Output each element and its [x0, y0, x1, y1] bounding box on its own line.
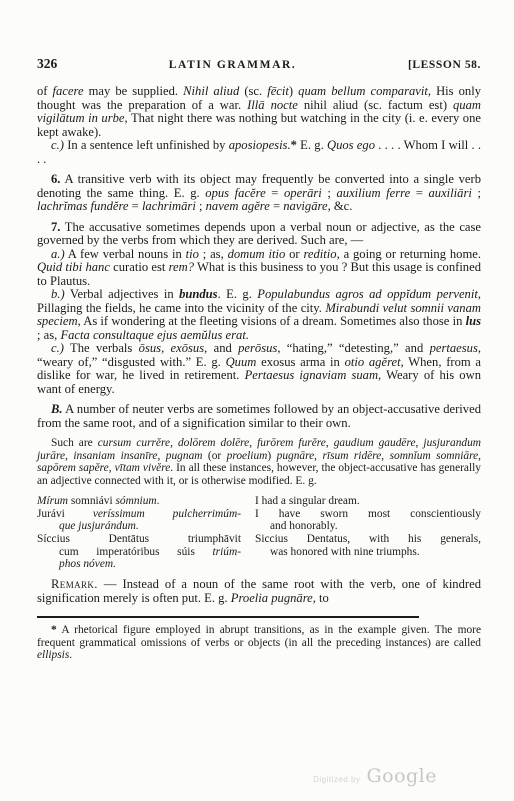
google-watermark: Digitized by Google — [313, 765, 437, 787]
text-segment: . E. g. — [218, 287, 258, 301]
text-segment: and honorably. — [270, 520, 338, 532]
text-segment: = — [129, 199, 142, 213]
example-latin-1: Mírum somniávi sómnium. — [37, 495, 241, 508]
text-segment: Illā nocte — [247, 98, 298, 112]
text-segment: Such are — [51, 437, 98, 449]
watermark-brand: Google — [366, 765, 437, 787]
text-segment: navigāre — [283, 199, 327, 213]
example-line: Siccius Dentatus, with his generals, — [255, 533, 481, 546]
example-english-2: I have sworn most conscientiouslyand hon… — [255, 508, 481, 533]
text-segment: exosus arma in — [256, 355, 344, 369]
text-segment: cum imperatóribus súis — [59, 546, 213, 558]
text-segment: rīsum ridēre — [322, 450, 381, 462]
paragraph-such-are: Such are cursum currĕre, dolōrem dolēre,… — [37, 437, 481, 488]
text-segment: B. — [51, 402, 63, 416]
text-segment: proelium — [227, 450, 268, 462]
paragraph-aposiopesis: c.) In a sentence left unfinished by apo… — [37, 139, 481, 166]
running-title: LATIN GRAMMAR. — [57, 59, 408, 71]
page-content: 326 LATIN GRAMMAR. [LESSON 58. of facere… — [37, 56, 481, 662]
text-segment: ; — [472, 186, 481, 200]
text-segment: Siccius Dentatus, with his generals, — [255, 533, 481, 545]
example-line: I had a singular dream. — [255, 495, 481, 508]
text-segment: In a sentence left unfinished by — [64, 138, 229, 152]
example-english-3: Siccius Dentatus, with his generals,was … — [255, 533, 481, 571]
text-segment: I have sworn most conscientiously — [255, 508, 481, 520]
text-segment: , — [170, 437, 178, 449]
text-segment: sómnium — [115, 495, 156, 507]
text-segment: Quos ego — [327, 138, 375, 152]
text-segment: Verbal adjectives in — [65, 287, 179, 301]
text-segment: of — [37, 84, 53, 98]
text-segment: , — [326, 437, 334, 449]
text-segment: , a going or returning home. — [337, 247, 481, 261]
example-english-1: I had a singular dream. — [255, 495, 481, 508]
text-segment: I had a singular dream. — [255, 495, 360, 507]
text-segment: insaniam insanīre — [73, 450, 157, 462]
text-segment: facere — [53, 84, 84, 98]
text-segment: pertaesus — [430, 341, 478, 355]
text-segment: somniávi — [68, 495, 115, 507]
text-segment: ; — [196, 199, 206, 213]
text-segment: was honored with nine triumphs. — [270, 546, 420, 558]
text-segment: Quum — [226, 355, 257, 369]
text-segment: aposiopesis. — [229, 138, 291, 152]
text-segment: veríssimum pulcherrimúm- — [93, 508, 241, 520]
text-segment: triúm- — [213, 546, 241, 558]
paragraph-7a-verbal-nouns: a.) A few verbal nouns in tio ; as, domu… — [37, 248, 481, 289]
paragraph-7c-verbals-osus: c.) The verbals ōsus, exōsus, and perōsu… — [37, 342, 481, 396]
watermark-prefix: Digitized by — [313, 775, 360, 784]
text-segment: lachrimāri — [142, 199, 196, 213]
text-segment: pugnam — [166, 450, 203, 462]
paragraph-rule-6: 6. A transitive verb with its object may… — [37, 173, 481, 214]
text-segment: Mírum — [37, 495, 68, 507]
text-segment: gaudium gaudēre — [334, 437, 416, 449]
text-segment: or — [285, 247, 303, 261]
text-segment: ; as, — [199, 247, 228, 261]
text-segment: cursum currĕre — [98, 437, 170, 449]
text-segment: Síccius Dentātus triumphāvit — [37, 533, 241, 545]
text-segment: Pertaesus ignaviam suam — [245, 368, 378, 382]
text-segment: vītam vivĕre — [115, 462, 171, 474]
text-segment: c.) — [51, 341, 64, 355]
text-segment: curatio est — [110, 260, 169, 274]
text-segment: fēcit — [267, 84, 289, 98]
text-segment: . — [69, 649, 72, 661]
paragraph-facere-supplied: of facere may be supplied. Nihil aliud (… — [37, 85, 481, 139]
text-segment: A number of neuter verbs are sometimes f… — [37, 402, 481, 430]
text-segment: ) — [267, 450, 276, 462]
text-segment: rem? — [169, 260, 194, 274]
example-line: Mírum somniávi sómnium. — [37, 495, 241, 508]
example-line: phos nóvem. — [37, 558, 241, 571]
text-segment: que jusjurándum. — [59, 520, 139, 532]
text-segment: Quid tibi hanc — [37, 260, 110, 274]
text-segment: c.) — [51, 138, 64, 152]
text-segment: Jurávi — [37, 508, 93, 520]
text-segment: ) — [289, 84, 298, 98]
text-segment: lus — [466, 314, 481, 328]
text-segment: sapōrem sapĕre — [37, 462, 109, 474]
text-segment: domum itio — [228, 247, 286, 261]
text-segment: ; — [322, 186, 337, 200]
text-segment: ; as, — [37, 328, 60, 342]
text-segment: dolōrem dolēre — [178, 437, 249, 449]
text-segment: , to — [313, 591, 329, 605]
example-latin-3: Síccius Dentātus triumphāvitcum imperató… — [37, 533, 241, 571]
text-segment: ellipsis — [37, 649, 69, 661]
text-segment: , — [478, 450, 481, 462]
example-line: Síccius Dentātus triumphāvit — [37, 533, 241, 546]
footnote-rule — [37, 616, 419, 618]
text-segment: , and — [204, 341, 238, 355]
text-segment: Facta consultaque ejus aemŭlus erat. — [60, 328, 249, 342]
text-segment: auxilium ferre — [337, 186, 411, 200]
text-segment: bundus — [179, 287, 218, 301]
text-segment: somnĭum somniāre — [390, 450, 479, 462]
text-segment: , “hating,” “detesting,” and — [277, 341, 429, 355]
text-segment: exōsus — [171, 341, 205, 355]
page-header: 326 LATIN GRAMMAR. [LESSON 58. — [37, 56, 481, 72]
example-line: was honored with nine triumphs. — [255, 546, 481, 559]
text-segment: pugnāre — [277, 450, 315, 462]
text-segment: may be supplied. — [84, 84, 184, 98]
text-segment: , As if wondering at the fleeting vision… — [78, 314, 466, 328]
text-segment: The verbals — [64, 341, 139, 355]
text-segment: , — [249, 437, 257, 449]
remark-paragraph: Remark. — Instead of a noun of the same … — [37, 578, 481, 605]
lesson-label: [LESSON 58. — [408, 59, 481, 71]
text-segment: , — [157, 450, 165, 462]
text-segment: , — [161, 341, 170, 355]
text-segment: (sc. — [239, 84, 267, 98]
example-line: Jurávi veríssimum pulcherrimúm- — [37, 508, 241, 521]
text-segment: phos nóvem. — [59, 558, 116, 570]
text-segment: E. g. — [297, 138, 327, 152]
text-segment: (or — [202, 450, 226, 462]
text-segment: . — [157, 495, 160, 507]
text-segment: nihil aliud (sc. factum est) — [298, 98, 453, 112]
text-segment: tio — [186, 247, 199, 261]
text-segment: navem agĕre — [206, 199, 270, 213]
text-segment: = — [410, 186, 428, 200]
text-segment: The accusative sometimes depends upon a … — [37, 220, 481, 248]
text-segment: = — [270, 199, 283, 213]
text-segment: lachrĭmas fundĕre — [37, 199, 129, 213]
text-segment: ōsus — [139, 341, 161, 355]
text-segment: furōrem furĕre — [257, 437, 326, 449]
paragraph-rule-B: B. A number of neuter verbs are sometime… — [37, 403, 481, 430]
text-segment: , &c. — [328, 199, 353, 213]
text-segment: b.) — [51, 287, 65, 301]
text-segment: operāri — [284, 186, 322, 200]
scanned-book-page: 326 LATIN GRAMMAR. [LESSON 58. of facere… — [0, 0, 514, 801]
text-segment: auxiliāri — [429, 186, 472, 200]
example-line: que jusjurándum. — [37, 520, 241, 533]
text-segment: quam bellum comparavit — [298, 84, 428, 98]
text-segment: Proelia pugnāre — [231, 591, 313, 605]
paragraph-7b-verbal-adjectives: b.) Verbal adjectives in bundus. E. g. P… — [37, 288, 481, 342]
text-segment: A few verbal nouns in — [65, 247, 186, 261]
text-segment: reditio — [303, 247, 336, 261]
examples-table: Mírum somniávi sómnium. I had a singular… — [37, 495, 481, 571]
page-number: 326 — [37, 56, 57, 72]
text-segment: A rhetorical figure employed in abrupt t… — [37, 624, 481, 649]
paragraph-rule-7: 7. The accusative sometimes depends upon… — [37, 221, 481, 248]
text-segment: , — [381, 450, 389, 462]
text-segment: = — [266, 186, 284, 200]
example-line: I have sworn most conscientiously — [255, 508, 481, 521]
text-segment: Nihil aliud — [183, 84, 239, 98]
example-line: cum imperatóribus súis triúm- — [37, 546, 241, 559]
text-segment: perōsus — [238, 341, 277, 355]
example-line: and honorably. — [255, 520, 481, 533]
text-segment: opus facĕre — [205, 186, 265, 200]
text-segment: Remark. — [51, 577, 98, 591]
text-segment: Populabundus agros ad oppĭdum pervenit — [257, 287, 478, 301]
footnote-paragraph: * A rhetorical figure employed in abrupt… — [37, 624, 481, 662]
text-segment: a.) — [51, 247, 65, 261]
text-segment: otio agĕret — [345, 355, 401, 369]
example-latin-2: Jurávi veríssimum pulcherrimúm-que jusju… — [37, 508, 241, 533]
